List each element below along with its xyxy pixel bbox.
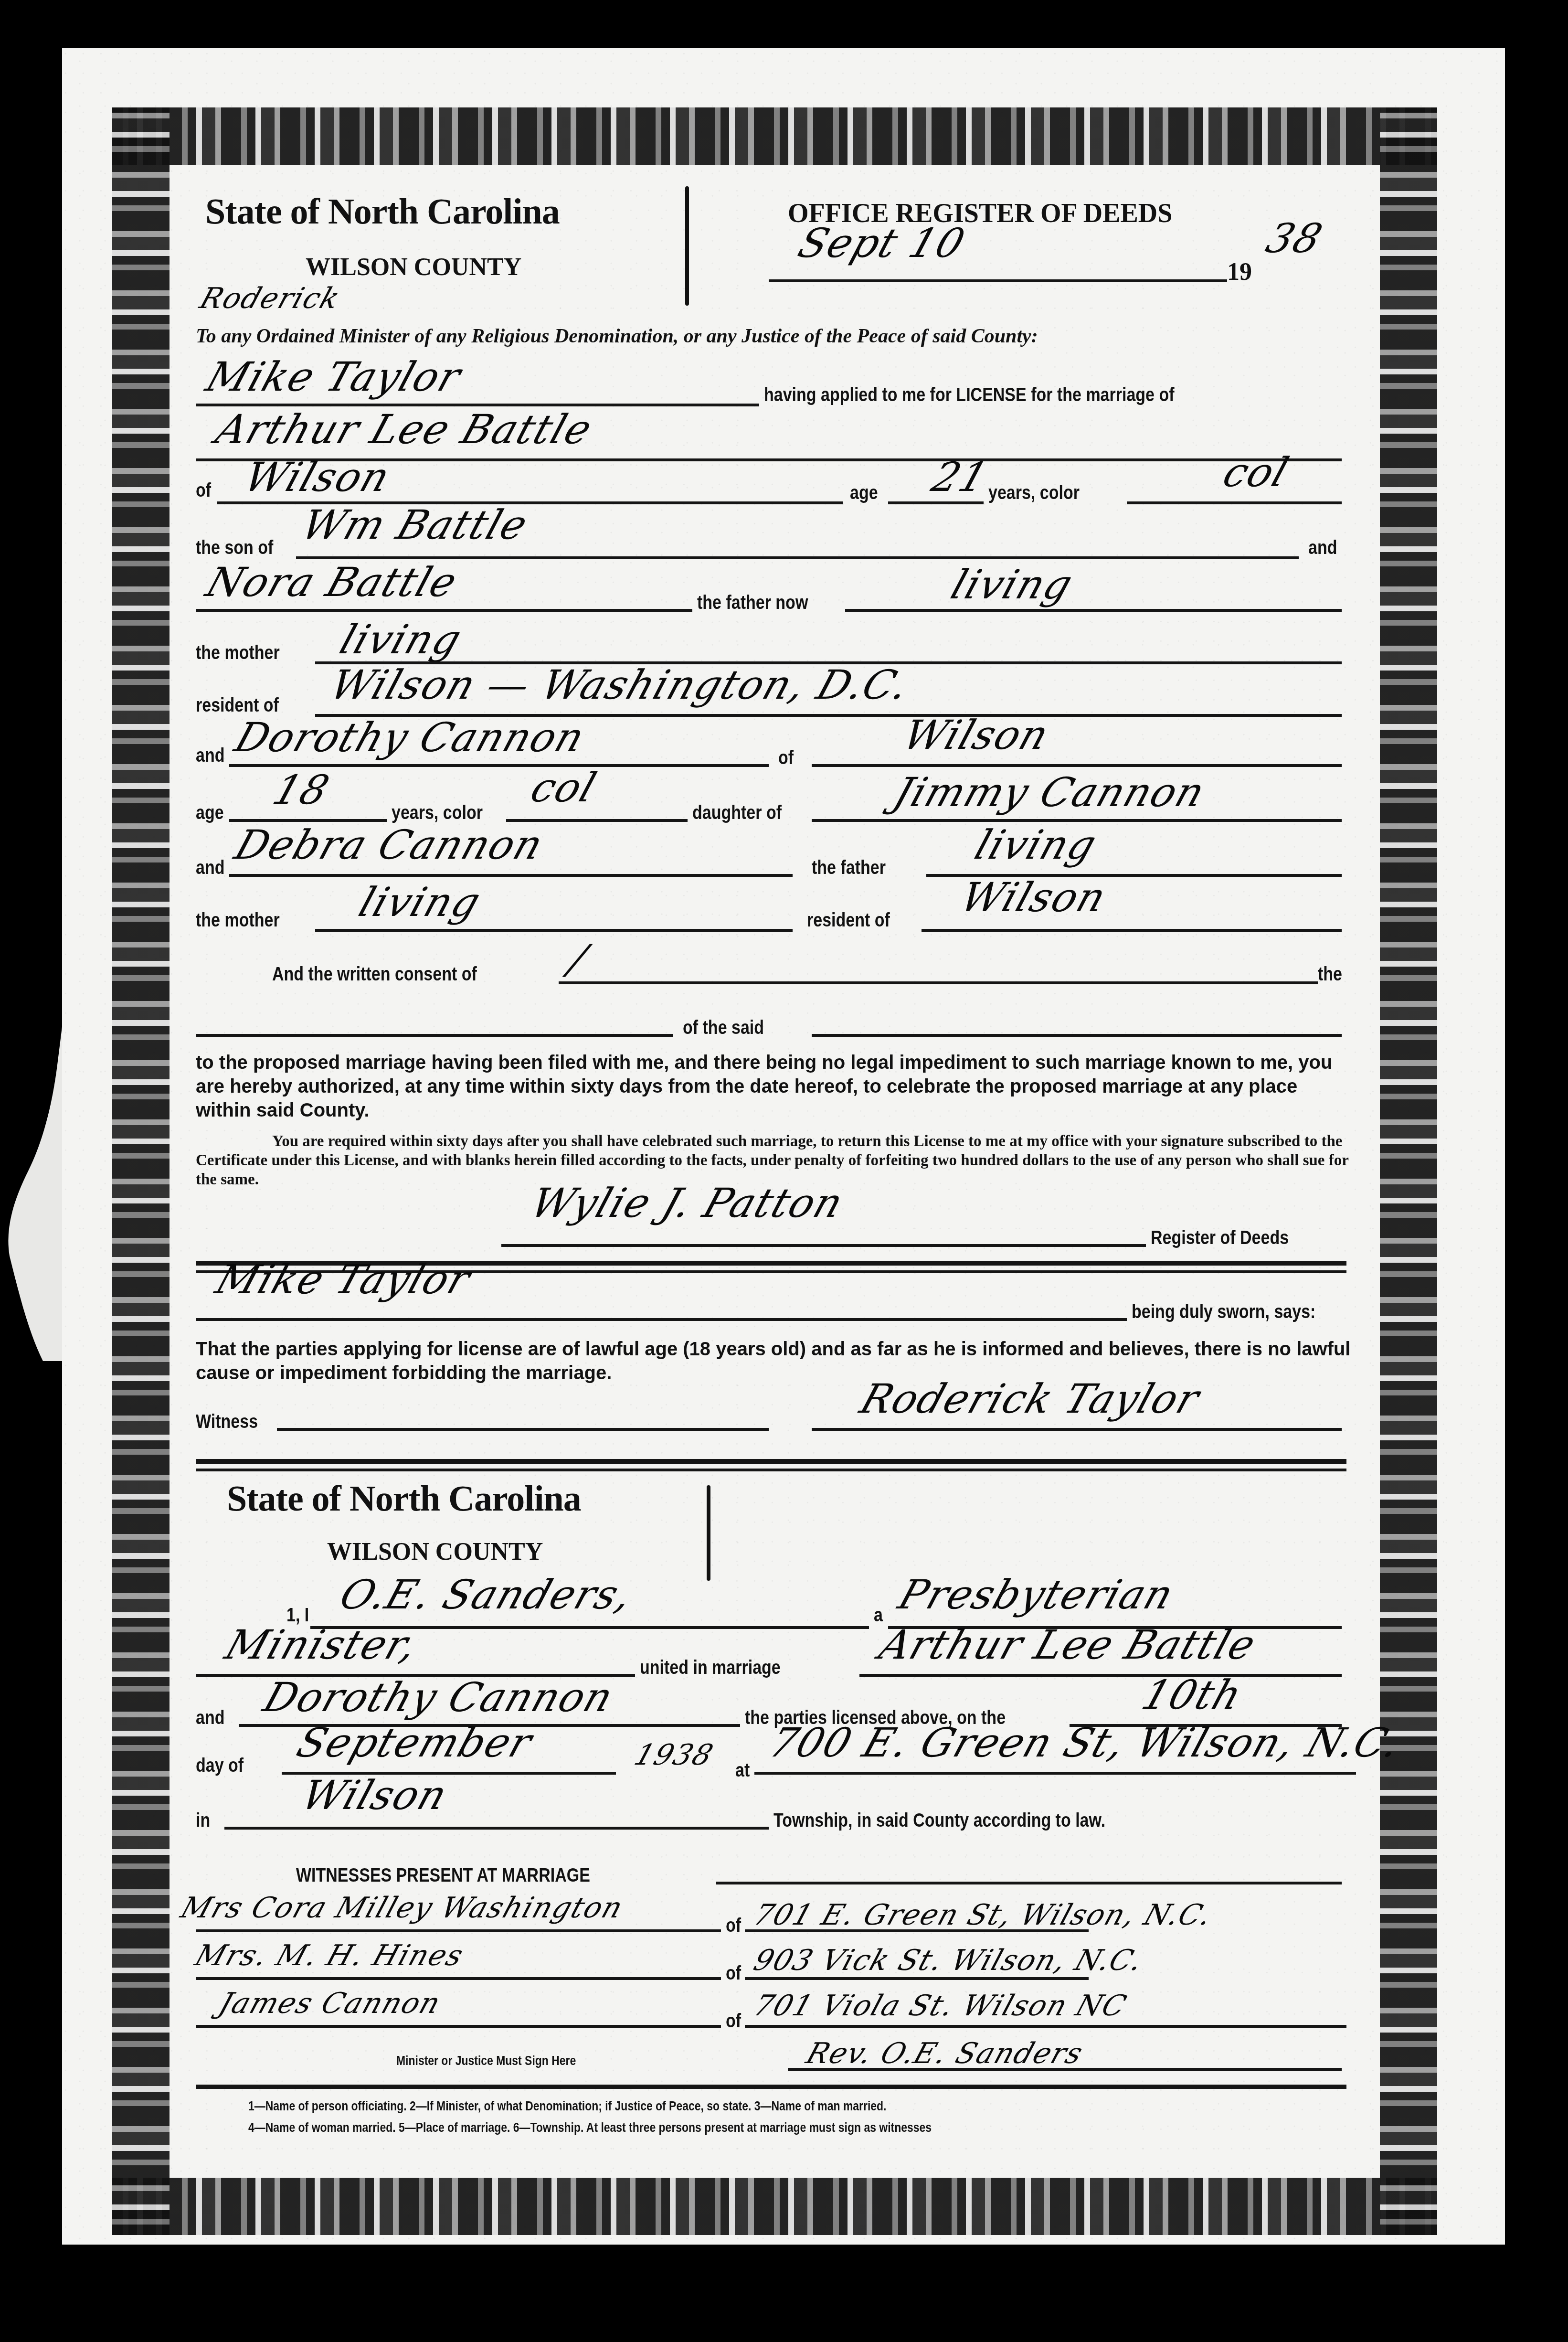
witnesses-heading: WITNESSES PRESENT AT MARRIAGE [296,1865,590,1886]
denomination: Presbyterian [893,1571,1180,1618]
sworn-name: Mike Taylor [210,1256,477,1303]
consent-the: the [1318,964,1342,985]
the-father-label: the father [812,857,886,879]
sworn-label: being duly sworn, says: [1132,1301,1315,1323]
witness-label: Witness [196,1411,258,1433]
witness-1-name: Mrs Cora Milley Washington [177,1891,628,1925]
in-label: in [196,1810,210,1831]
witness-1-of: of [726,1915,741,1937]
county-heading: WILSON COUNTY [306,253,521,281]
decorative-border-left [112,107,170,2235]
daughter-of-label: daughter of [692,802,782,824]
groom-name: Arthur Lee Battle [210,406,598,453]
witness-2-of: of [726,1963,741,1984]
and-label-cert: and [196,1707,224,1729]
resident-of-label-2: resident of [807,910,890,931]
witness-2-name: Mrs. M. H. Hines [191,1939,468,1972]
minister-signature: Rev. O.E. Sanders [802,2037,1088,2070]
cert-state-heading: State of North Carolina [227,1478,581,1520]
witness-3-address: 701 Viola St. Wilson NC [750,1989,1131,2023]
year-prefix: 19 [1227,258,1252,286]
place-value: 700 E. Green St, Wilson, N.C. [764,1719,1407,1766]
and-label-3: and [196,857,224,879]
a-label: a [874,1605,883,1626]
bride-resident: Wilson [955,874,1112,921]
resident-of-label: resident of [196,695,279,716]
bride-father: Jimmy Cannon [888,769,1211,816]
footnote-2: 4—Name of woman married. 5—Place of marr… [248,2120,932,2135]
of-label: of [196,480,211,501]
applicant-signature: Roderick Taylor [855,1375,1206,1422]
groom-resident: Wilson — Washington, D.C. [325,661,916,708]
day-value: 10th [1136,1671,1249,1718]
witness-2-address: 903 Vick St. Wilson, N.C. [750,1944,1147,1977]
date-value: Sept 10 [793,220,971,266]
and-label-2: and [196,745,224,766]
groom-father-status: living [945,561,1079,608]
witness-3-name: James Cannon [215,1987,445,2020]
register-label: Register of Deeds [1151,1227,1289,1249]
woman-married: Dorothy Cannon [258,1674,620,1721]
decorative-border-top [112,107,1437,165]
groom-of: Wilson [239,454,396,500]
united-label: united in marriage [640,1657,781,1679]
bride-of: Wilson [898,712,1055,758]
footnote-1: 1—Name of person officiating. 2—If Minis… [248,2099,886,2114]
witness-3-of: of [726,2011,741,2032]
year-value-cert: 1938 [630,1738,718,1772]
officiant-name: O.E. Sanders, [334,1571,639,1618]
groom-mother: Nora Battle [201,559,464,606]
brace [685,186,689,306]
address-line: To any Ordained Minister of any Religiou… [196,325,1038,348]
of-the-said: of the said [683,1017,764,1039]
bride-name: Dorothy Cannon [229,714,591,761]
decorative-border-right [1380,107,1437,2235]
applied-text: having applied to me for LICENSE for the… [764,384,1175,406]
authorization-text: to the proposed marriage having been fil… [196,1051,1351,1122]
age-label-2: age [196,802,224,824]
register-signature: Wylie J. Patton [525,1180,849,1226]
applicant-name: Mike Taylor [201,353,467,400]
years-label: years, color [392,802,483,824]
witness-1-address: 701 E. Green St, Wilson, N.C. [750,1898,1217,1932]
bride-mother: Debra Cannon [229,821,550,868]
township-value: Wilson [296,1772,454,1819]
torn-edge [0,1027,62,1361]
man-married: Arthur Lee Battle [874,1621,1262,1668]
month-value: September [291,1719,539,1766]
brace-2 [707,1485,710,1581]
groom-father: Wm Battle [296,501,534,548]
bride-father-status: living [969,821,1103,868]
groom-mother-status: living [334,616,468,663]
father-now-label: the father now [697,592,808,614]
day-of-label: day of [196,1755,244,1777]
and-label: and [1308,537,1337,559]
son-of-label: the son of [196,537,273,559]
township-label: Township, in said County according to la… [773,1810,1105,1831]
decorative-border-bottom [112,2178,1437,2235]
years-color-label: years, color [988,482,1080,504]
age-label: age [850,482,878,504]
sign-label: Minister or Justice Must Sign Here [396,2054,576,2068]
bride-mother-status: living [353,879,487,926]
officiant-title: Minister, [220,1621,424,1668]
applicant-first-name: Roderick [196,282,345,315]
state-heading: State of North Carolina [205,191,560,233]
cert-county-heading: WILSON COUNTY [327,1538,543,1566]
of-label-2: of [778,747,794,769]
mother-label-2: the mother [196,910,280,931]
at-label: at [735,1760,750,1781]
mother-label: the mother [196,642,280,664]
consent-label: And the written consent of [272,964,477,985]
